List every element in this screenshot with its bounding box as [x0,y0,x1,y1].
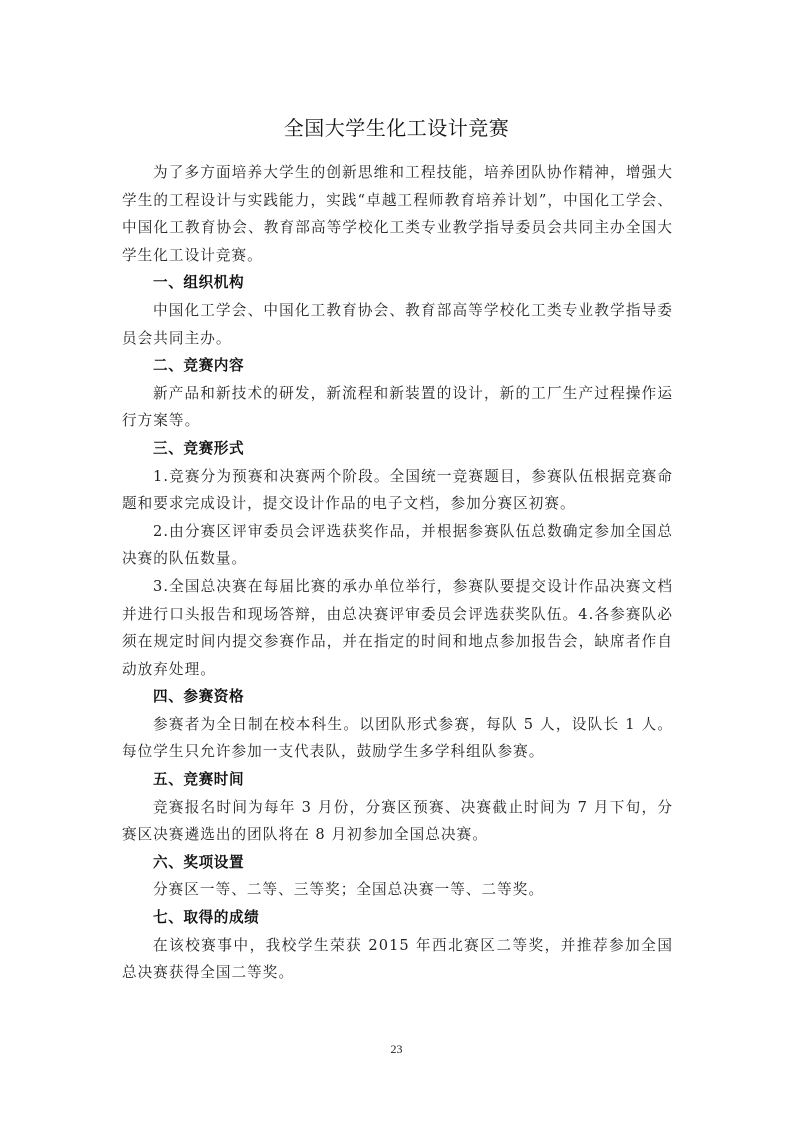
document-title: 全国大学生化工设计竞赛 [0,114,793,142]
section-heading-awards: 六、奖项设置 [122,849,673,877]
section-paragraph: 1.竞赛分为预赛和决赛两个阶段。全国统一竞赛题目，参赛队伍根据竞赛命题和要求完成… [122,463,673,518]
section-paragraph: 3.全国总决赛在每届比赛的承办单位举行，参赛队要提交设计作品决赛文档并进行口头报… [122,573,673,683]
section-paragraph: 中国化工学会、中国化工教育协会、教育部高等学校化工类专业教学指导委员会共同主办。 [122,297,673,352]
section-heading-achievements: 七、取得的成绩 [122,904,673,932]
document-page: 全国大学生化工设计竞赛 为了多方面培养大学生的创新思维和工程技能，培养团队协作精… [0,0,793,1122]
intro-paragraph: 为了多方面培养大学生的创新思维和工程技能，培养团队协作精神，增强大学生的工程设计… [122,159,673,269]
document-body: 为了多方面培养大学生的创新思维和工程技能，培养团队协作精神，增强大学生的工程设计… [122,159,673,987]
section-paragraph: 参赛者为全日制在校本科生。以团队形式参赛，每队 5 人，设队长 1 人。每位学生… [122,711,673,766]
section-paragraph: 在该校赛事中，我校学生荣获 2015 年西北赛区二等奖，并推荐参加全国总决赛获得… [122,932,673,987]
section-heading-eligibility: 四、参赛资格 [122,683,673,711]
section-paragraph: 分赛区一等、二等、三等奖；全国总决赛一等、二等奖。 [122,876,673,904]
page-number: 23 [0,1042,793,1057]
section-heading-organization: 一、组织机构 [122,269,673,297]
section-paragraph: 新产品和新技术的研发，新流程和新装置的设计，新的工厂生产过程操作运行方案等。 [122,380,673,435]
section-paragraph: 竞赛报名时间为每年 3 月份，分赛区预赛、决赛截止时间为 7 月下旬，分赛区决赛… [122,794,673,849]
section-heading-content: 二、竞赛内容 [122,352,673,380]
section-heading-format: 三、竞赛形式 [122,435,673,463]
section-paragraph: 2.由分赛区评审委员会评选获奖作品，并根据参赛队伍总数确定参加全国总决赛的队伍数… [122,518,673,573]
section-heading-schedule: 五、竞赛时间 [122,766,673,794]
